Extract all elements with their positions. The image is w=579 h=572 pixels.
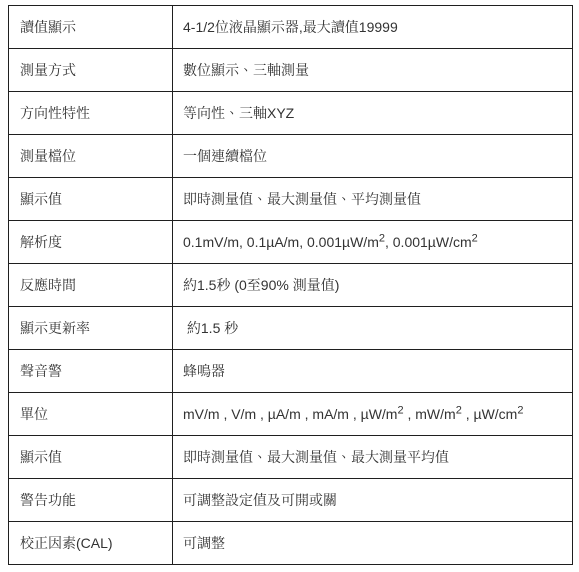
table-row: 方向性特性等向性、三軸XYZ: [9, 92, 573, 135]
table-row: 反應時間約1.5秒 (0至90% 測量值): [9, 264, 573, 307]
spec-label: 測量方式: [9, 49, 173, 92]
table-row: 顯示值即時測量值、最大測量值、平均測量值: [9, 178, 573, 221]
spec-value: 可調整設定值及可開或關: [173, 479, 573, 522]
spec-value: 數位顯示、三軸測量: [173, 49, 573, 92]
table-row: 單位mV/m , V/m , µA/m , mA/m , µW/m2 , mW/…: [9, 393, 573, 436]
spec-value: 可調整: [173, 522, 573, 565]
superscript: 2: [517, 404, 523, 416]
spec-value: 約1.5 秒: [173, 307, 573, 350]
superscript: 2: [379, 232, 385, 244]
superscript: 2: [472, 232, 478, 244]
spec-value: 等向性、三軸XYZ: [173, 92, 573, 135]
spec-value: 蜂鳴器: [173, 350, 573, 393]
spec-label: 聲音警: [9, 350, 173, 393]
superscript: 2: [456, 404, 462, 416]
spec-label: 顯示值: [9, 436, 173, 479]
spec-table-body: 讀值顯示4-1/2位液晶顯示器,最大讀值19999測量方式數位顯示、三軸測量方向…: [9, 6, 573, 565]
spec-label: 顯示值: [9, 178, 173, 221]
spec-label: 單位: [9, 393, 173, 436]
table-row: 測量方式數位顯示、三軸測量: [9, 49, 573, 92]
spec-label: 校正因素(CAL): [9, 522, 173, 565]
spec-value: 一個連續檔位: [173, 135, 573, 178]
spec-label: 顯示更新率: [9, 307, 173, 350]
spec-label: 讀值顯示: [9, 6, 173, 49]
table-row: 顯示更新率 約1.5 秒: [9, 307, 573, 350]
spec-label: 警告功能: [9, 479, 173, 522]
spec-value: 4-1/2位液晶顯示器,最大讀值19999: [173, 6, 573, 49]
spec-value: 即時測量值、最大測量值、平均測量值: [173, 178, 573, 221]
spec-value: 即時測量值、最大測量值、最大測量平均值: [173, 436, 573, 479]
table-row: 讀值顯示4-1/2位液晶顯示器,最大讀值19999: [9, 6, 573, 49]
spec-value: 約1.5秒 (0至90% 測量值): [173, 264, 573, 307]
table-row: 警告功能可調整設定值及可開或關: [9, 479, 573, 522]
spec-label: 測量檔位: [9, 135, 173, 178]
spec-page: 讀值顯示4-1/2位液晶顯示器,最大讀值19999測量方式數位顯示、三軸測量方向…: [0, 0, 579, 572]
spec-label: 方向性特性: [9, 92, 173, 135]
table-row: 解析度0.1mV/m, 0.1µA/m, 0.001µW/m2, 0.001µW…: [9, 221, 573, 264]
spec-value: mV/m , V/m , µA/m , mA/m , µW/m2 , mW/m2…: [173, 393, 573, 436]
spec-value: 0.1mV/m, 0.1µA/m, 0.001µW/m2, 0.001µW/cm…: [173, 221, 573, 264]
table-row: 校正因素(CAL)可調整: [9, 522, 573, 565]
table-row: 測量檔位一個連續檔位: [9, 135, 573, 178]
superscript: 2: [397, 404, 403, 416]
spec-label: 反應時間: [9, 264, 173, 307]
spec-table: 讀值顯示4-1/2位液晶顯示器,最大讀值19999測量方式數位顯示、三軸測量方向…: [8, 5, 573, 565]
spec-label: 解析度: [9, 221, 173, 264]
table-row: 顯示值即時測量值、最大測量值、最大測量平均值: [9, 436, 573, 479]
table-row: 聲音警蜂鳴器: [9, 350, 573, 393]
